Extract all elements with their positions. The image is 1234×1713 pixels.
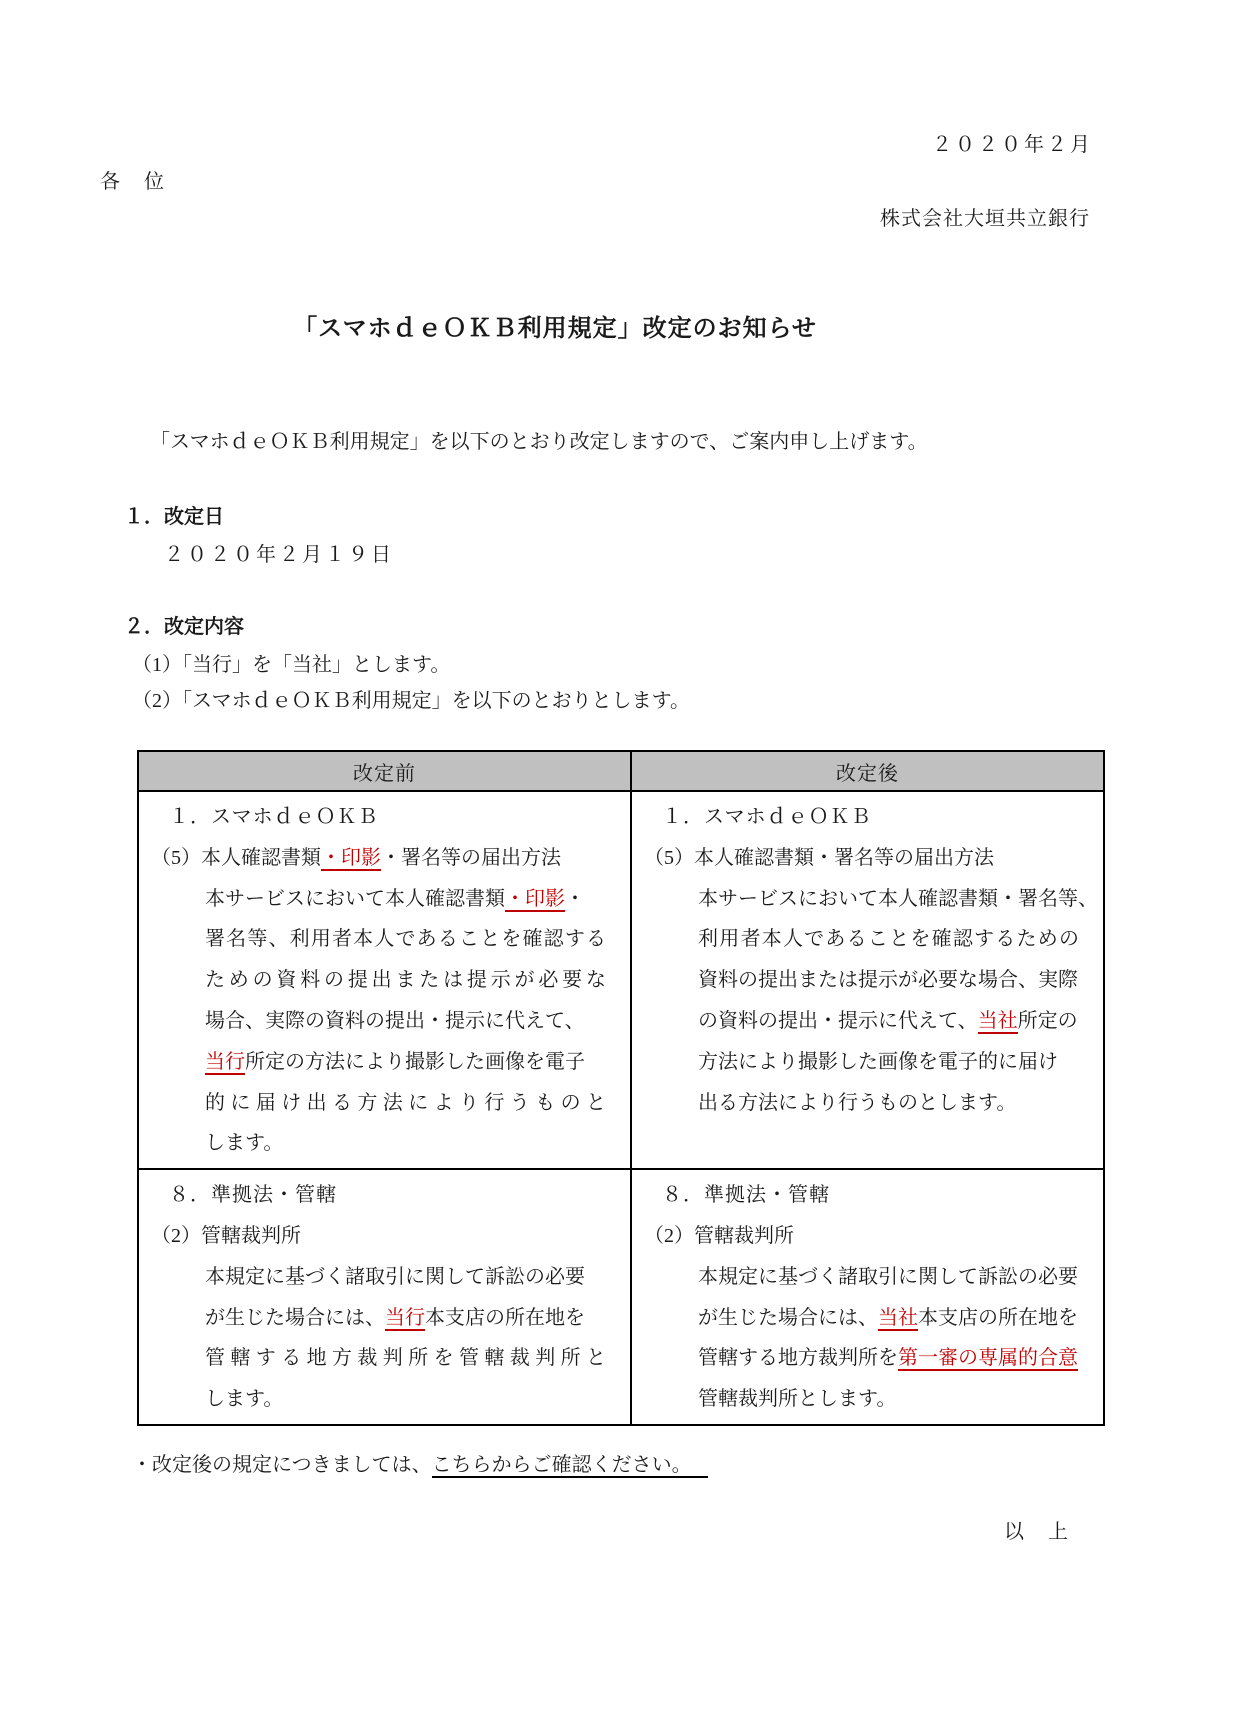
revision-highlight: ・印影 (321, 847, 381, 871)
page-title: 「スマホｄｅＯＫＢ利用規定」改定のお知らせ (0, 308, 1110, 343)
cell-after: １．スマホｄｅＯＫＢ（5）本人確認書類・署名等の届出方法本サービスにおいて本人確… (631, 791, 1104, 1169)
document-date: ２０２０年２月 (932, 128, 1093, 157)
cell-text: 本支店の所在地を (425, 1307, 585, 1329)
table-row: ８．準拠法・管轄（2）管轄裁判所本規定に基づく諸取引に関して訴訟の必要が生じた場… (138, 1169, 1104, 1425)
cell-text: 本支店の所在地を (918, 1307, 1078, 1329)
cell-line: 当行所定の方法により撮影した画像を電子 (139, 1042, 630, 1083)
cell-text: 管轄裁判所とします。 (698, 1388, 896, 1410)
cell-text: 管轄する地方裁判所を (698, 1347, 898, 1369)
intro-paragraph: 「スマホｄｅＯＫＢ利用規定」を以下のとおり改定しますので、ご案内申し上げます。 (150, 425, 928, 454)
cell-text: １．スマホｄｅＯＫＢ (169, 806, 379, 828)
cell-line: （2）管轄裁判所 (139, 1216, 630, 1257)
cell-text: 管轄する地方裁判所を管轄裁判所と (205, 1347, 606, 1369)
cell-line: が生じた場合には、当社本支店の所在地を (632, 1298, 1103, 1339)
cell-line: ８．準拠法・管轄 (632, 1175, 1103, 1216)
cell-line: 本サービスにおいて本人確認書類・署名等、 (632, 879, 1103, 920)
revision-table: 改定前 改定後 １．スマホｄｅＯＫＢ（5）本人確認書類・印影・署名等の届出方法本… (137, 750, 1105, 1426)
cell-line: の資料の提出・提示に代えて、当社所定の (632, 1001, 1103, 1042)
cell-line: が生じた場合には、当行本支店の所在地を (139, 1298, 630, 1339)
addressee: 各 位 (100, 165, 166, 194)
section-heading-revision-date: １．改定日 (124, 500, 224, 529)
header-before: 改定前 (138, 751, 631, 791)
cell-line: ための資料の提出または提示が必要な (139, 960, 630, 1001)
cell-line: 資料の提出または提示が必要な場合、実際 (632, 960, 1103, 1001)
document-page: ２０２０年２月 各 位 株式会社大垣共立銀行 「スマホｄｅＯＫＢ利用規定」改定の… (0, 0, 1234, 1713)
cell-line: ８．準拠法・管轄 (139, 1175, 630, 1216)
cell-text: ・署名等の届出方法 (381, 847, 561, 869)
cell-before: １．スマホｄｅＯＫＢ（5）本人確認書類・印影・署名等の届出方法本サービスにおいて… (138, 791, 631, 1169)
cell-after: ８．準拠法・管轄（2）管轄裁判所本規定に基づく諸取引に関して訴訟の必要が生じた場… (631, 1169, 1104, 1425)
cell-line: 管轄裁判所とします。 (632, 1379, 1103, 1420)
revision-date-value: ２０２０年２月１９日 (164, 538, 394, 567)
cell-text: ８．準拠法・管轄 (169, 1184, 337, 1206)
cell-text: １．スマホｄｅＯＫＢ (662, 806, 872, 828)
cell-text: 本規定に基づく諸取引に関して訴訟の必要 (698, 1266, 1078, 1288)
cell-line: 署名等、利用者本人であることを確認する (139, 919, 630, 960)
cell-line: 本規定に基づく諸取引に関して訴訟の必要 (632, 1257, 1103, 1298)
revision-highlight: 当社 (978, 1010, 1018, 1034)
cell-text: ・ (565, 888, 585, 910)
revision-item-1: （1）「当行」を「当社」とします。 (132, 648, 450, 677)
cell-line: １．スマホｄｅＯＫＢ (632, 797, 1103, 838)
cell-text: 方法により撮影した画像を電子的に届け (698, 1051, 1058, 1073)
cell-text: 所定の方法により撮影した画像を電子 (245, 1051, 585, 1073)
table-row: １．スマホｄｅＯＫＢ（5）本人確認書類・印影・署名等の届出方法本サービスにおいて… (138, 791, 1104, 1169)
cell-line: 管轄する地方裁判所を第一審の専属的合意 (632, 1338, 1103, 1379)
cell-text: が生じた場合には、 (205, 1307, 385, 1329)
revision-item-2: （2）「スマホｄｅＯＫＢ利用規定」を以下のとおりとします。 (132, 684, 690, 713)
footer-note: ・改定後の規定につきましては、こちらからご確認ください。 (132, 1448, 708, 1477)
cell-line: します。 (139, 1123, 630, 1164)
cell-text: の資料の提出・提示に代えて、 (698, 1010, 978, 1032)
cell-line: 利用者本人であることを確認するための (632, 919, 1103, 960)
revision-highlight: 当行 (205, 1051, 245, 1075)
cell-text: 資料の提出または提示が必要な場合、実際 (698, 969, 1078, 991)
cell-text: します。 (205, 1132, 283, 1154)
table-header-row: 改定前 改定後 (138, 751, 1104, 791)
cell-line: 場合、実際の資料の提出・提示に代えて、 (139, 1001, 630, 1042)
revision-highlight: ・印影 (505, 888, 565, 912)
cell-line: 本規定に基づく諸取引に関して訴訟の必要 (139, 1257, 630, 1298)
confirm-link[interactable]: こちらからご確認ください。 (432, 1454, 708, 1478)
cell-text: （5）本人確認書類・署名等の届出方法 (644, 847, 994, 869)
cell-text: （5）本人確認書類 (151, 847, 321, 869)
cell-text: （2）管轄裁判所 (151, 1225, 301, 1247)
cell-text: 場合、実際の資料の提出・提示に代えて、 (205, 1010, 585, 1032)
cell-text: 的に届け出る方法により行うものと (205, 1092, 606, 1114)
revision-highlight: 当行 (385, 1307, 425, 1331)
cell-line: 出る方法により行うものとします。 (632, 1083, 1103, 1124)
cell-line: 方法により撮影した画像を電子的に届け (632, 1042, 1103, 1083)
cell-text: ための資料の提出または提示が必要な (205, 969, 606, 991)
cell-text: 本サービスにおいて本人確認書類 (205, 888, 505, 910)
cell-text: します。 (205, 1388, 283, 1410)
cell-text: 本サービスにおいて本人確認書類・署名等、 (698, 888, 1098, 910)
footer-note-prefix: ・改定後の規定につきましては、 (132, 1454, 432, 1476)
section-heading-revision-content: ２．改定内容 (124, 610, 244, 639)
revision-highlight: 当社 (878, 1307, 918, 1331)
cell-line: （2）管轄裁判所 (632, 1216, 1103, 1257)
closing-mark: 以 上 (1004, 1515, 1070, 1544)
revision-highlight: 第一審の専属的合意 (898, 1347, 1078, 1371)
cell-line: します。 (139, 1379, 630, 1420)
cell-line: （5）本人確認書類・署名等の届出方法 (632, 838, 1103, 879)
cell-text: ８．準拠法・管轄 (662, 1184, 830, 1206)
cell-line: 本サービスにおいて本人確認書類・印影・ (139, 879, 630, 920)
cell-line: 的に届け出る方法により行うものと (139, 1083, 630, 1124)
cell-line: 管轄する地方裁判所を管轄裁判所と (139, 1338, 630, 1379)
header-after: 改定後 (631, 751, 1104, 791)
cell-before: ８．準拠法・管轄（2）管轄裁判所本規定に基づく諸取引に関して訴訟の必要が生じた場… (138, 1169, 631, 1425)
company-name: 株式会社大垣共立銀行 (880, 202, 1090, 231)
cell-text: 署名等、利用者本人であることを確認する (205, 928, 606, 950)
cell-text: が生じた場合には、 (698, 1307, 878, 1329)
cell-text: 本規定に基づく諸取引に関して訴訟の必要 (205, 1266, 585, 1288)
cell-text: 所定の (1018, 1010, 1078, 1032)
cell-line: １．スマホｄｅＯＫＢ (139, 797, 630, 838)
cell-line: （5）本人確認書類・印影・署名等の届出方法 (139, 838, 630, 879)
cell-text: 利用者本人であることを確認するための (698, 928, 1079, 950)
cell-text: 出る方法により行うものとします。 (698, 1092, 1016, 1114)
cell-text: （2）管轄裁判所 (644, 1225, 794, 1247)
